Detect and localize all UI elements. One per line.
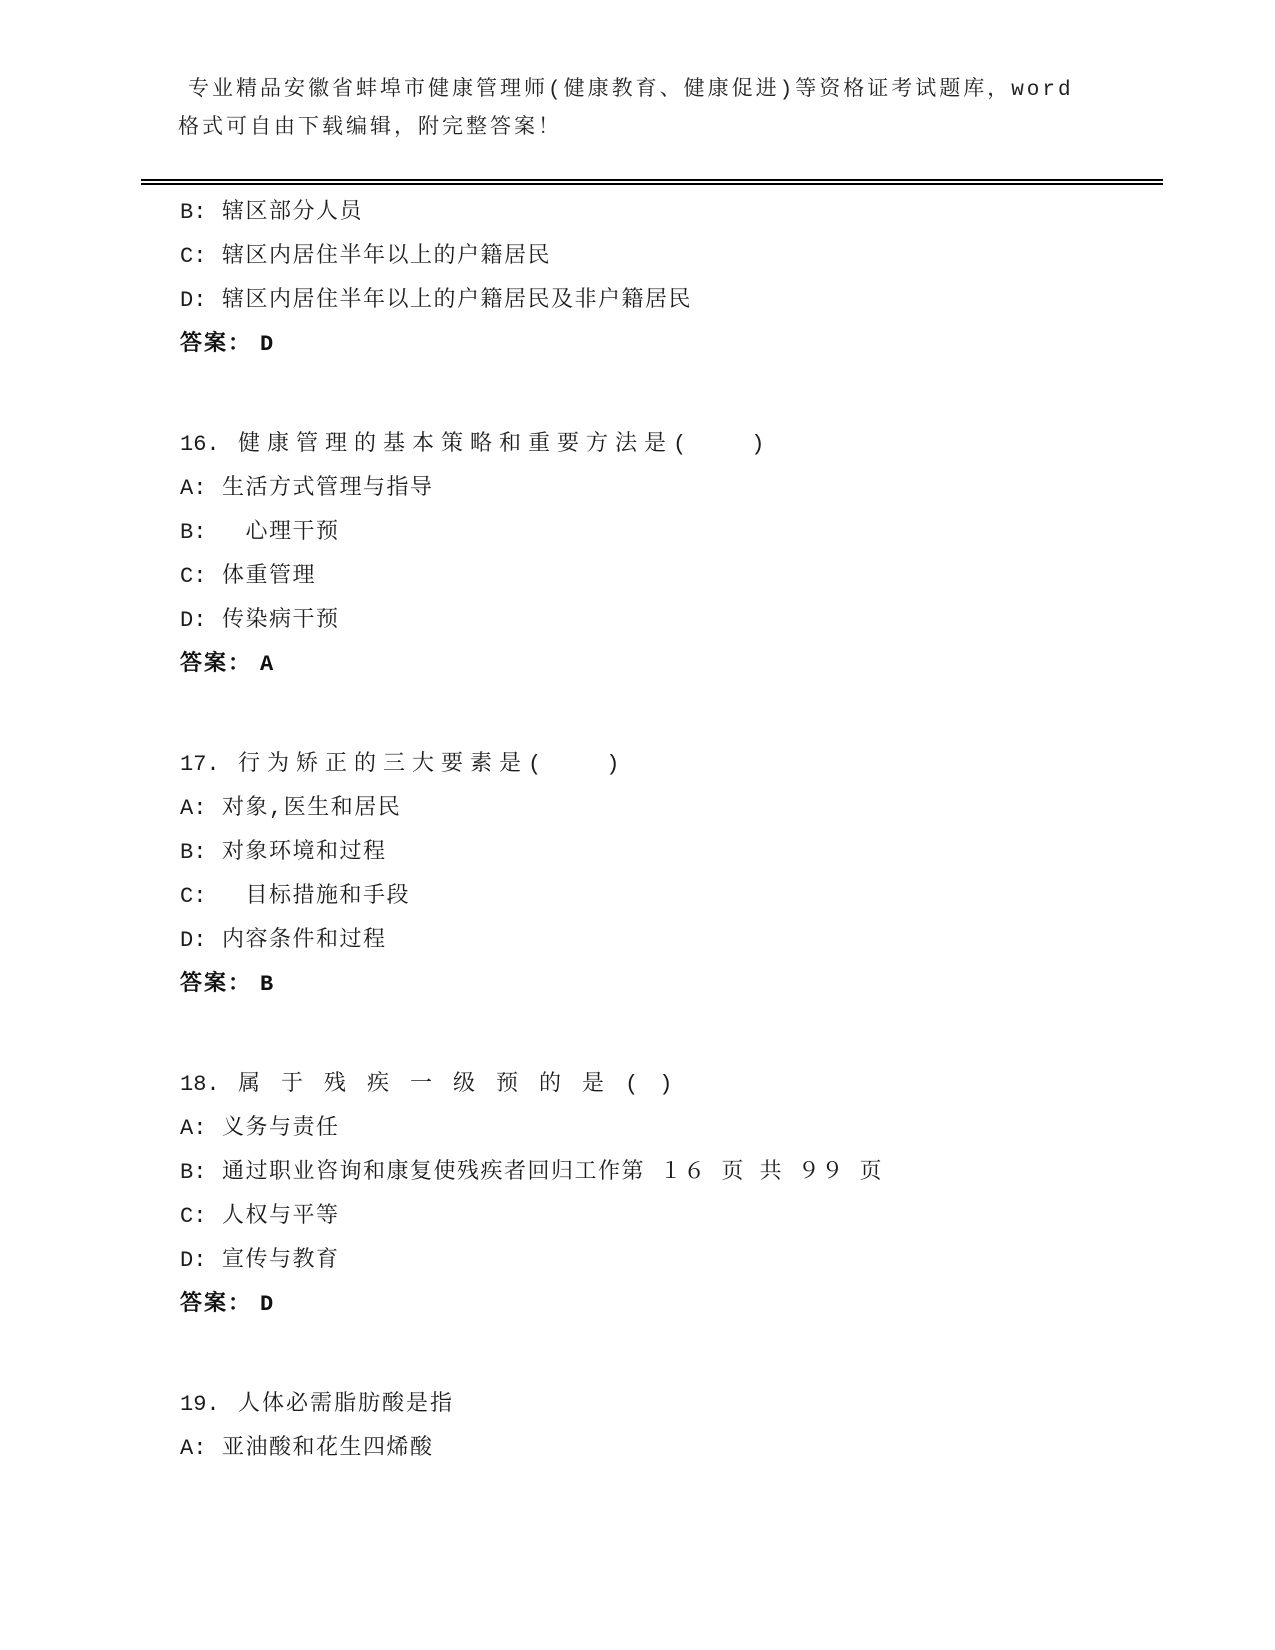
question-line: 19.人体必需脂肪酸是指 — [180, 1383, 1170, 1427]
option-text: 亚油酸和花生四烯酸 — [222, 1436, 434, 1461]
header-text-line1: 专业精品安徽省蚌埠市健康管理师(健康教育、健康促进)等资格证考试题库，word — [178, 72, 1138, 110]
option-text: 宣传与教育 — [222, 1248, 340, 1273]
answer-label: 答案： — [180, 652, 252, 677]
option-label: C: — [180, 235, 208, 279]
question-line: 16.健康管理的基本策略和重要方法是( ) — [180, 423, 1170, 467]
option-line: D:宣传与教育 — [180, 1239, 1170, 1283]
option-text: 通过职业咨询和康复使残疾者回归工作第 １６ 页 共 ９９ 页 — [222, 1160, 883, 1185]
answer-value: D — [260, 1292, 275, 1317]
option-line: A:义务与责任 — [180, 1107, 1170, 1151]
question-number: 16. — [180, 423, 220, 467]
option-text: 目标措施和手段 — [222, 884, 410, 909]
option-label: B: — [180, 831, 208, 875]
question-line: 17.行为矫正的三大要素是( ) — [180, 743, 1170, 787]
option-line: B:辖区部分人员 — [180, 191, 1170, 235]
option-label: B: — [180, 1151, 208, 1195]
option-text: 人权与平等 — [222, 1204, 340, 1229]
answer-label: 答案： — [180, 332, 252, 357]
option-label: A: — [180, 787, 208, 831]
option-text: 内容条件和过程 — [222, 928, 387, 953]
option-line: D:辖区内居住半年以上的户籍居民及非户籍居民 — [180, 279, 1170, 323]
answer-line: 答案：D — [180, 323, 1170, 367]
header-text-line2: 格式可自由下载编辑，附完整答案！ — [178, 110, 1138, 148]
answer-label: 答案： — [180, 1292, 252, 1317]
answer-label: 答案： — [180, 972, 252, 997]
question-text: 健康管理的基本策略和重要方法是( ) — [238, 432, 771, 457]
option-line: A:生活方式管理与指导 — [180, 467, 1170, 511]
option-label: C: — [180, 875, 208, 919]
answer-value: B — [260, 972, 275, 997]
option-text: 传染病干预 — [222, 608, 340, 633]
option-label: B: — [180, 191, 208, 235]
option-text: 辖区内居住半年以上的户籍居民及非户籍居民 — [222, 288, 692, 313]
option-line: D:传染病干预 — [180, 599, 1170, 643]
option-text: 生活方式管理与指导 — [222, 476, 434, 501]
option-line: C:体重管理 — [180, 555, 1170, 599]
answer-value: A — [260, 652, 275, 677]
option-text: 心理干预 — [222, 520, 340, 545]
page-header: 专业精品安徽省蚌埠市健康管理师(健康教育、健康促进)等资格证考试题库，word … — [178, 72, 1138, 148]
option-line: C:辖区内居住半年以上的户籍居民 — [180, 235, 1170, 279]
question-number: 17. — [180, 743, 220, 787]
option-label: C: — [180, 555, 208, 599]
option-label: B: — [180, 511, 208, 555]
answer-line: 答案：A — [180, 643, 1170, 687]
question-number: 18. — [180, 1063, 220, 1107]
option-text: 对象,医生和居民 — [222, 796, 401, 821]
option-line: A:亚油酸和花生四烯酸 — [180, 1427, 1170, 1471]
option-label: A: — [180, 1107, 208, 1151]
option-label: C: — [180, 1195, 208, 1239]
option-label: D: — [180, 599, 208, 643]
option-text: 义务与责任 — [222, 1116, 340, 1141]
option-line: B:对象环境和过程 — [180, 831, 1170, 875]
option-label: A: — [180, 1427, 208, 1471]
question-text: 人体必需脂肪酸是指 — [238, 1392, 454, 1417]
option-line: D:内容条件和过程 — [180, 919, 1170, 963]
option-label: D: — [180, 919, 208, 963]
question-text: 行为矫正的三大要素是( ) — [238, 752, 626, 777]
document-page: 专业精品安徽省蚌埠市健康管理师(健康教育、健康促进)等资格证考试题库，word … — [0, 0, 1275, 1650]
option-text: 辖区内居住半年以上的户籍居民 — [222, 244, 551, 269]
answer-line: 答案：B — [180, 963, 1170, 1007]
answer-value: D — [260, 332, 275, 357]
option-text: 对象环境和过程 — [222, 840, 387, 865]
option-text: 体重管理 — [222, 564, 316, 589]
answer-line: 答案：D — [180, 1283, 1170, 1327]
question-line: 18.属于残疾一级预的是() — [180, 1063, 1170, 1107]
option-label: D: — [180, 1239, 208, 1283]
option-line: B: 心理干预 — [180, 511, 1170, 555]
option-label: A: — [180, 467, 208, 511]
document-body: B:辖区部分人员 C:辖区内居住半年以上的户籍居民 D:辖区内居住半年以上的户籍… — [180, 191, 1170, 1471]
question-text: 属于残疾一级预的是() — [238, 1072, 693, 1097]
option-label: D: — [180, 279, 208, 323]
option-line: A:对象,医生和居民 — [180, 787, 1170, 831]
option-line: C: 目标措施和手段 — [180, 875, 1170, 919]
question-number: 19. — [180, 1383, 220, 1427]
option-line: C:人权与平等 — [180, 1195, 1170, 1239]
option-text: 辖区部分人员 — [222, 200, 363, 225]
option-line: B:通过职业咨询和康复使残疾者回归工作第 １６ 页 共 ９９ 页 — [180, 1151, 1170, 1195]
header-divider-rule — [141, 179, 1163, 185]
